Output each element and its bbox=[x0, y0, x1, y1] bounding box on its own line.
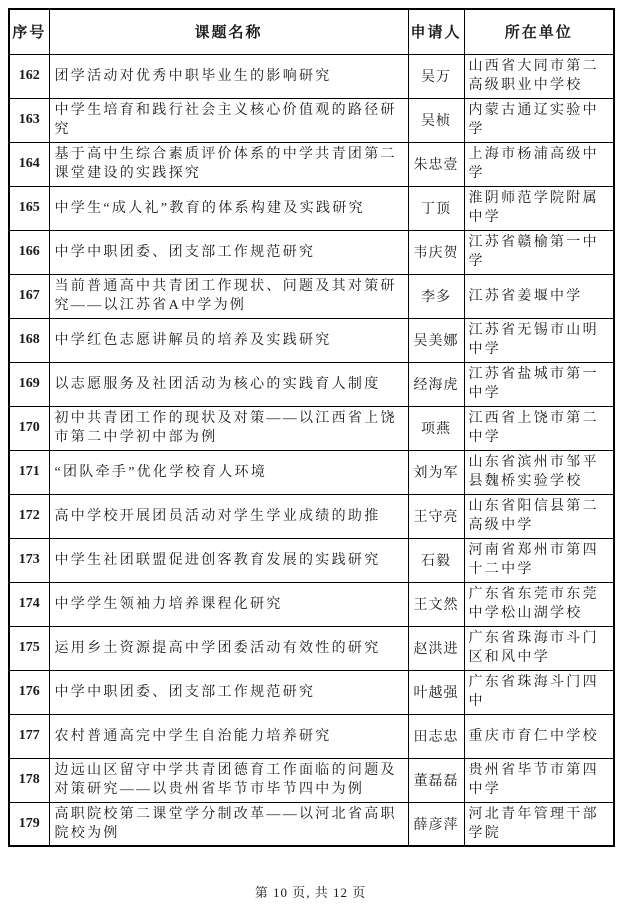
row-number: 163 bbox=[9, 98, 49, 142]
table-header: 序号 课题名称 申请人 所在单位 bbox=[9, 9, 614, 54]
unit-name: 广东省珠海斗门四中 bbox=[464, 670, 614, 714]
col-header-applicant: 申请人 bbox=[408, 9, 464, 54]
row-number: 175 bbox=[9, 626, 49, 670]
unit-name: 江苏省赣榆第一中学 bbox=[464, 230, 614, 274]
topic-title: 以志愿服务及社团活动为核心的实践育人制度 bbox=[49, 362, 408, 406]
topic-title: 基于高中生综合素质评价体系的中学共青团第二课堂建设的实践探究 bbox=[49, 142, 408, 186]
document-page: 序号 课题名称 申请人 所在单位 162 团学活动对优秀中职毕业生的影响研究 吴… bbox=[0, 0, 621, 908]
row-number: 176 bbox=[9, 670, 49, 714]
topic-title: 初中共青团工作的现状及对策——以江西省上饶市第二中学初中部为例 bbox=[49, 406, 408, 450]
table-row: 176 中学中职团委、团支部工作规范研究 叶越强 广东省珠海斗门四中 bbox=[9, 670, 614, 714]
col-header-no: 序号 bbox=[9, 9, 49, 54]
col-header-title: 课题名称 bbox=[49, 9, 408, 54]
topics-table: 序号 课题名称 申请人 所在单位 162 团学活动对优秀中职毕业生的影响研究 吴… bbox=[8, 8, 615, 847]
applicant-name: 项燕 bbox=[408, 406, 464, 450]
row-number: 164 bbox=[9, 142, 49, 186]
applicant-name: 田志忠 bbox=[408, 714, 464, 758]
page-footer: 第 10 页, 共 12 页 bbox=[0, 882, 621, 901]
row-number: 162 bbox=[9, 54, 49, 98]
table-row: 163 中学生培育和践行社会主义核心价值观的路径研究 吴桢 内蒙古通辽实验中学 bbox=[9, 98, 614, 142]
topic-title: 运用乡土资源提高中学团委活动有效性的研究 bbox=[49, 626, 408, 670]
topic-title: 中学中职团委、团支部工作规范研究 bbox=[49, 670, 408, 714]
topic-title: “团队牵手”优化学校育人环境 bbox=[49, 450, 408, 494]
applicant-name: 王文然 bbox=[408, 582, 464, 626]
applicant-name: 叶越强 bbox=[408, 670, 464, 714]
topic-title: 中学中职团委、团支部工作规范研究 bbox=[49, 230, 408, 274]
topic-title: 高职院校第二课堂学分制改革——以河北省高职院校为例 bbox=[49, 802, 408, 846]
topic-title: 中学红色志愿讲解员的培养及实践研究 bbox=[49, 318, 408, 362]
unit-name: 江苏省盐城市第一中学 bbox=[464, 362, 614, 406]
header-row: 序号 课题名称 申请人 所在单位 bbox=[9, 9, 614, 54]
row-number: 165 bbox=[9, 186, 49, 230]
applicant-name: 朱忠壹 bbox=[408, 142, 464, 186]
table-body: 162 团学活动对优秀中职毕业生的影响研究 吴万 山西省大同市第二高级职业中学校… bbox=[9, 54, 614, 846]
row-number: 166 bbox=[9, 230, 49, 274]
applicant-name: 董磊磊 bbox=[408, 758, 464, 802]
unit-name: 河南省郑州市第四十二中学 bbox=[464, 538, 614, 582]
unit-name: 广东省东莞市东莞中学松山湖学校 bbox=[464, 582, 614, 626]
table-row: 168 中学红色志愿讲解员的培养及实践研究 吴美娜 江苏省无锡市山明中学 bbox=[9, 318, 614, 362]
applicant-name: 刘为军 bbox=[408, 450, 464, 494]
table-row: 179 高职院校第二课堂学分制改革——以河北省高职院校为例 薛彦萍 河北青年管理… bbox=[9, 802, 614, 846]
table-row: 166 中学中职团委、团支部工作规范研究 韦庆贺 江苏省赣榆第一中学 bbox=[9, 230, 614, 274]
topic-title: 高中学校开展团员活动对学生学业成绩的助推 bbox=[49, 494, 408, 538]
row-number: 170 bbox=[9, 406, 49, 450]
table-row: 175 运用乡土资源提高中学团委活动有效性的研究 赵洪进 广东省珠海市斗门区和风… bbox=[9, 626, 614, 670]
table-row: 165 中学生“成人礼”教育的体系构建及实践研究 丁顶 淮阴师范学院附属中学 bbox=[9, 186, 614, 230]
unit-name: 山西省大同市第二高级职业中学校 bbox=[464, 54, 614, 98]
row-number: 171 bbox=[9, 450, 49, 494]
applicant-name: 赵洪进 bbox=[408, 626, 464, 670]
unit-name: 淮阴师范学院附属中学 bbox=[464, 186, 614, 230]
table-row: 178 边远山区留守中学共青团德育工作面临的问题及对策研究——以贵州省毕节市毕节… bbox=[9, 758, 614, 802]
topic-title: 中学生培育和践行社会主义核心价值观的路径研究 bbox=[49, 98, 408, 142]
unit-name: 重庆市育仁中学校 bbox=[464, 714, 614, 758]
applicant-name: 吴桢 bbox=[408, 98, 464, 142]
topic-title: 中学生“成人礼”教育的体系构建及实践研究 bbox=[49, 186, 408, 230]
unit-name: 山东省阳信县第二高级中学 bbox=[464, 494, 614, 538]
row-number: 168 bbox=[9, 318, 49, 362]
unit-name: 广东省珠海市斗门区和风中学 bbox=[464, 626, 614, 670]
applicant-name: 薛彦萍 bbox=[408, 802, 464, 846]
unit-name: 山东省滨州市邹平县魏桥实验学校 bbox=[464, 450, 614, 494]
unit-name: 江苏省无锡市山明中学 bbox=[464, 318, 614, 362]
table-row: 172 高中学校开展团员活动对学生学业成绩的助推 王守亮 山东省阳信县第二高级中… bbox=[9, 494, 614, 538]
table-row: 173 中学生社团联盟促进创客教育发展的实践研究 石毅 河南省郑州市第四十二中学 bbox=[9, 538, 614, 582]
applicant-name: 经海虎 bbox=[408, 362, 464, 406]
applicant-name: 石毅 bbox=[408, 538, 464, 582]
row-number: 169 bbox=[9, 362, 49, 406]
applicant-name: 王守亮 bbox=[408, 494, 464, 538]
row-number: 178 bbox=[9, 758, 49, 802]
row-number: 173 bbox=[9, 538, 49, 582]
table-row: 177 农村普通高完中学生自治能力培养研究 田志忠 重庆市育仁中学校 bbox=[9, 714, 614, 758]
table-row: 170 初中共青团工作的现状及对策——以江西省上饶市第二中学初中部为例 项燕 江… bbox=[9, 406, 614, 450]
unit-name: 江苏省姜堰中学 bbox=[464, 274, 614, 318]
table-row: 169 以志愿服务及社团活动为核心的实践育人制度 经海虎 江苏省盐城市第一中学 bbox=[9, 362, 614, 406]
table-row: 162 团学活动对优秀中职毕业生的影响研究 吴万 山西省大同市第二高级职业中学校 bbox=[9, 54, 614, 98]
unit-name: 贵州省毕节市第四中学 bbox=[464, 758, 614, 802]
applicant-name: 韦庆贺 bbox=[408, 230, 464, 274]
topic-title: 边远山区留守中学共青团德育工作面临的问题及对策研究——以贵州省毕节市毕节四中为例 bbox=[49, 758, 408, 802]
applicant-name: 李多 bbox=[408, 274, 464, 318]
applicant-name: 吴万 bbox=[408, 54, 464, 98]
table-row: 174 中学学生领袖力培养课程化研究 王文然 广东省东莞市东莞中学松山湖学校 bbox=[9, 582, 614, 626]
topic-title: 中学生社团联盟促进创客教育发展的实践研究 bbox=[49, 538, 408, 582]
applicant-name: 丁顶 bbox=[408, 186, 464, 230]
unit-name: 内蒙古通辽实验中学 bbox=[464, 98, 614, 142]
row-number: 167 bbox=[9, 274, 49, 318]
topic-title: 中学学生领袖力培养课程化研究 bbox=[49, 582, 408, 626]
col-header-unit: 所在单位 bbox=[464, 9, 614, 54]
table-row: 164 基于高中生综合素质评价体系的中学共青团第二课堂建设的实践探究 朱忠壹 上… bbox=[9, 142, 614, 186]
topic-title: 当前普通高中共青团工作现状、问题及其对策研究——以江苏省A中学为例 bbox=[49, 274, 408, 318]
row-number: 174 bbox=[9, 582, 49, 626]
unit-name: 河北青年管理干部学院 bbox=[464, 802, 614, 846]
topic-title: 农村普通高完中学生自治能力培养研究 bbox=[49, 714, 408, 758]
row-number: 179 bbox=[9, 802, 49, 846]
row-number: 177 bbox=[9, 714, 49, 758]
applicant-name: 吴美娜 bbox=[408, 318, 464, 362]
table-row: 171 “团队牵手”优化学校育人环境 刘为军 山东省滨州市邹平县魏桥实验学校 bbox=[9, 450, 614, 494]
unit-name: 江西省上饶市第二中学 bbox=[464, 406, 614, 450]
unit-name: 上海市杨浦高级中学 bbox=[464, 142, 614, 186]
table-row: 167 当前普通高中共青团工作现状、问题及其对策研究——以江苏省A中学为例 李多… bbox=[9, 274, 614, 318]
topic-title: 团学活动对优秀中职毕业生的影响研究 bbox=[49, 54, 408, 98]
row-number: 172 bbox=[9, 494, 49, 538]
